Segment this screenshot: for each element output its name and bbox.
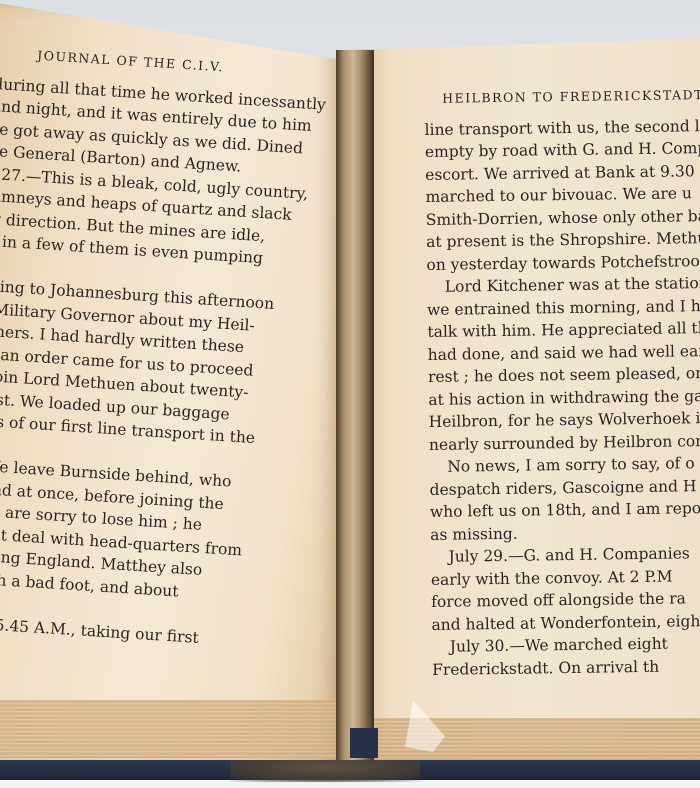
text-line: who left us on 18th, and I am repo: [430, 496, 700, 523]
text-line: No news, I am sorry to say, of o: [429, 451, 700, 478]
text-line: marched to our bivouac. We are u: [425, 181, 700, 208]
text-line: Frederickstadt. On arrival th: [432, 654, 700, 681]
spine-tear: [350, 728, 378, 758]
text-line: talk with him. He appreciated all the: [427, 316, 700, 343]
left-page-text: JOURNAL OF THE C.I.V. during all that ti…: [0, 42, 328, 655]
book-spine-gutter: [336, 50, 374, 760]
text-line: Lord Kitchener was at the station: [427, 271, 700, 298]
right-running-head: HEILBRON TO FREDERICKSTADT: [424, 83, 700, 110]
text-line: July 29.—G. and H. Companies: [430, 541, 700, 568]
text-line: July 30.—We marched eight: [432, 631, 700, 658]
book-photo: JOURNAL OF THE C.I.V. during all that ti…: [0, 0, 700, 788]
left-page-edges: [0, 700, 340, 758]
text-line: rest ; he does not seem pleased, on re: [428, 361, 700, 388]
right-page-text: HEILBRON TO FREDERICKSTADT line transpor…: [424, 83, 700, 680]
text-line: empty by road with G. and H. Companie: [425, 136, 700, 163]
text-line: at present is the Shropshire. Methuen: [426, 226, 700, 253]
text-line: force moved off alongside the ra: [431, 586, 700, 613]
text-line: Heilbron, for he says Wolverhoek i: [429, 406, 700, 433]
